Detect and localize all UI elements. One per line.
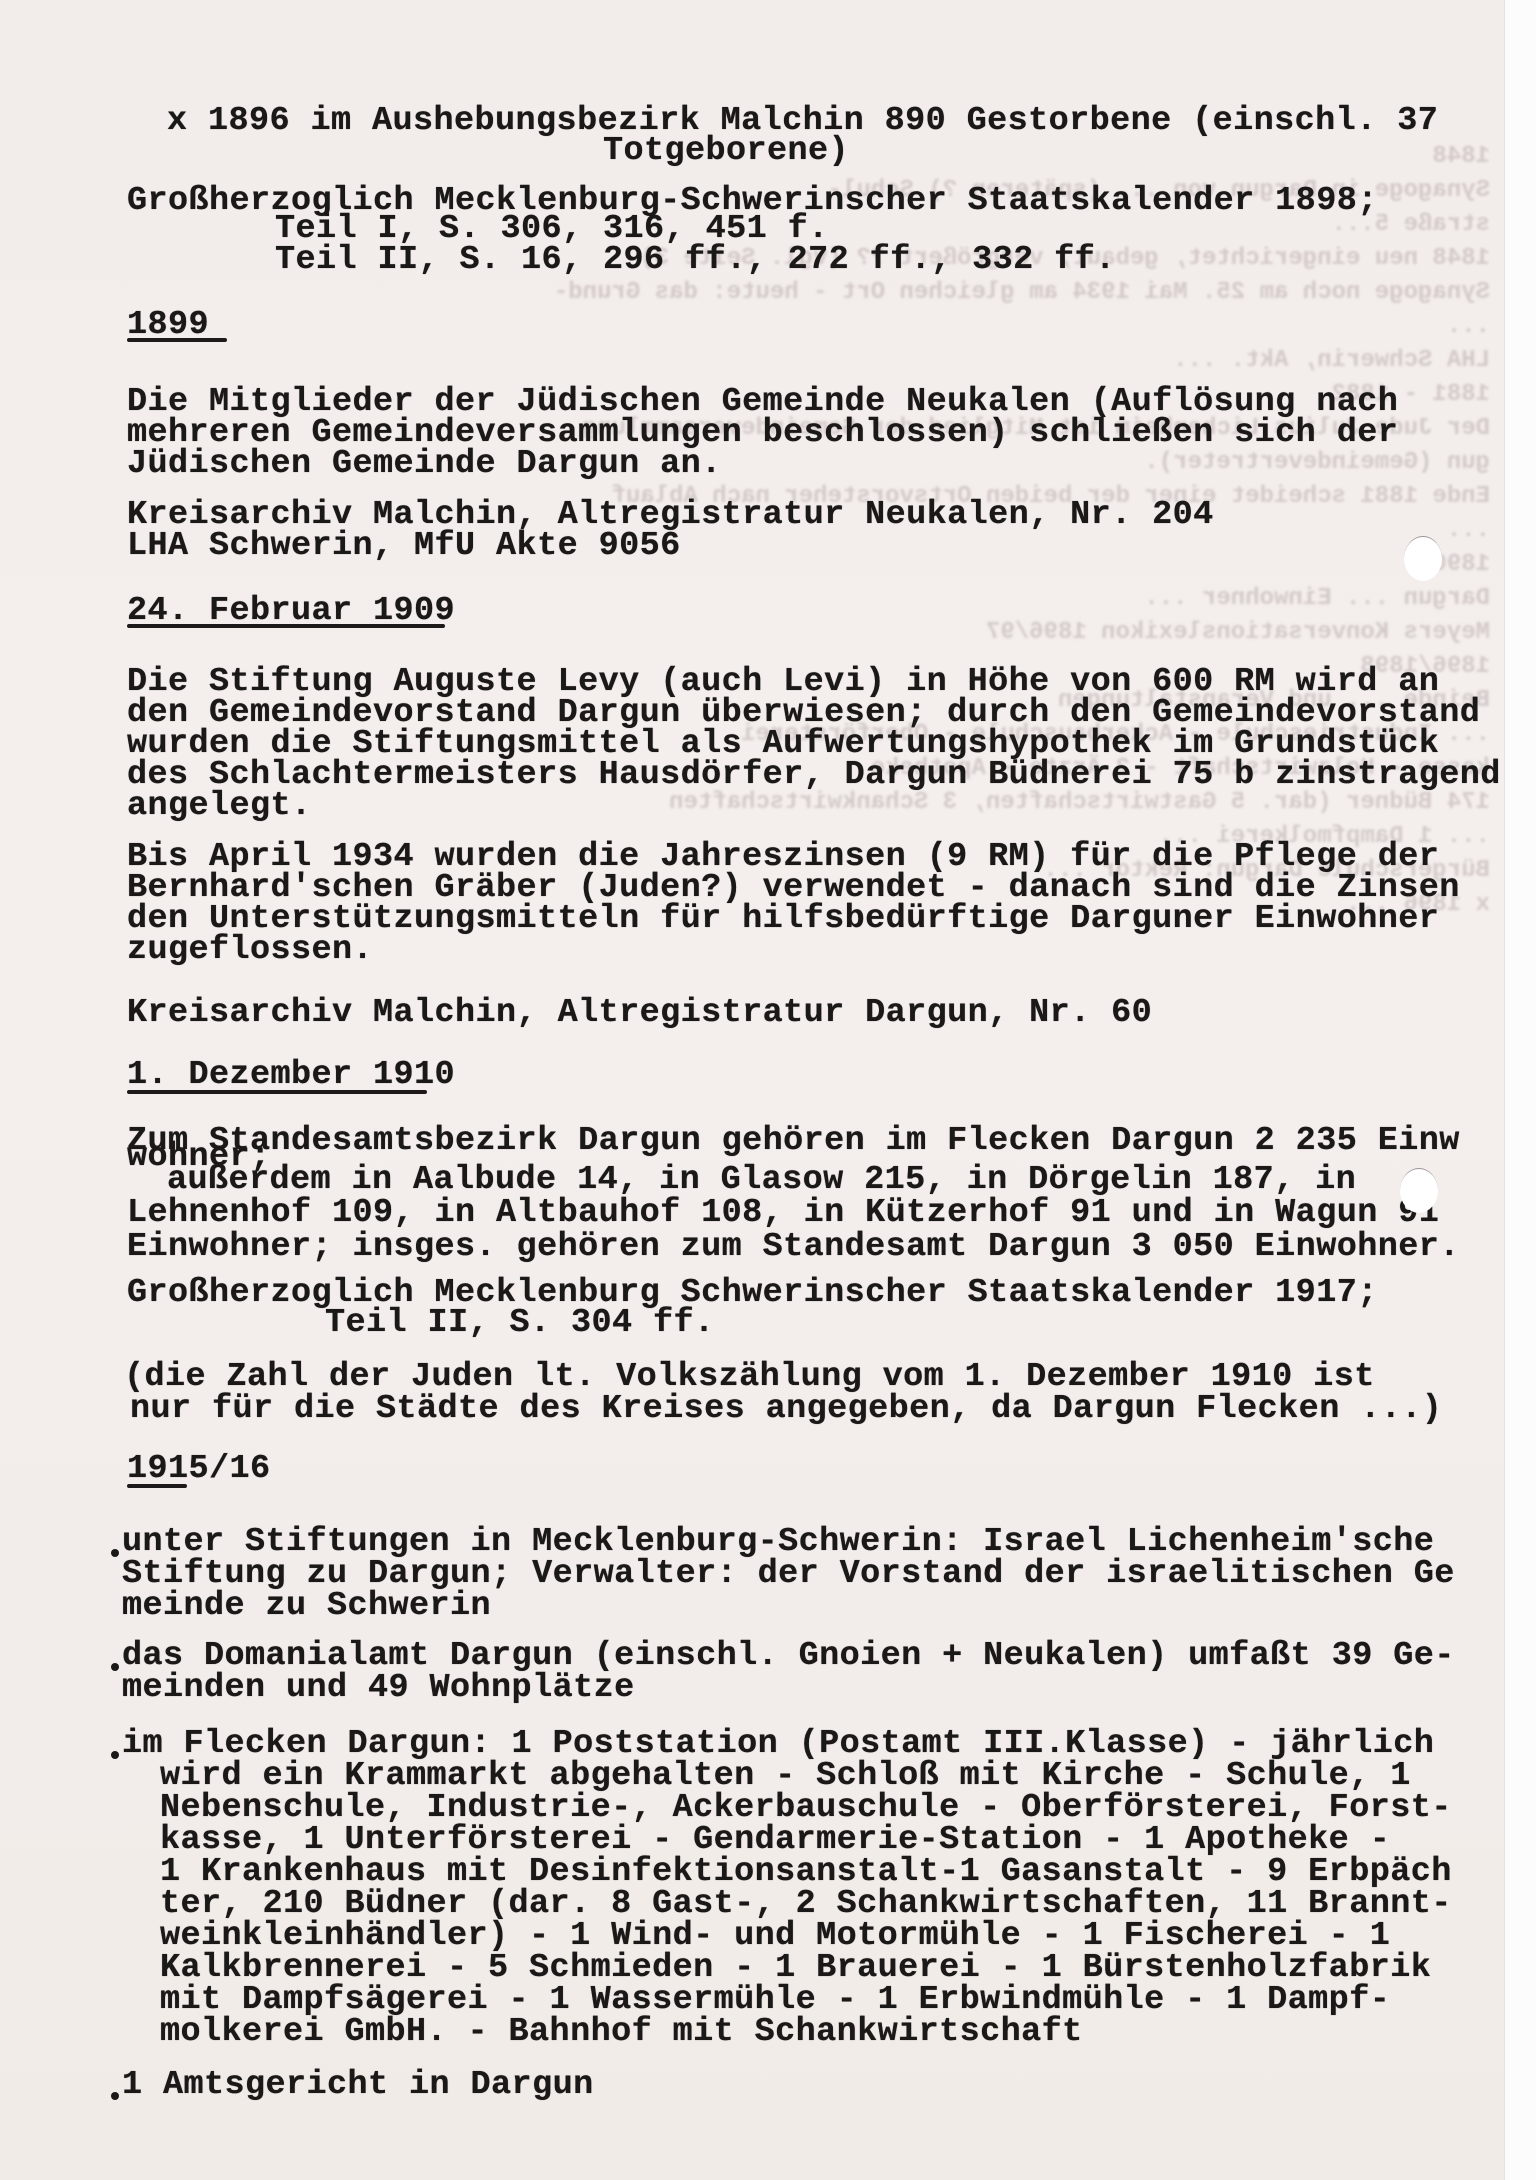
paragraph-line: Zum Standesamtsbezirk Dargun gehören im … <box>127 1124 1460 1159</box>
heading-underline <box>127 1484 187 1488</box>
paragraph-line: Lehnenhof 109, in Altbauhof 108, in Kütz… <box>127 1196 1439 1231</box>
bullet-line: meinden und 49 Wohnplätze <box>122 1671 635 1706</box>
bullet-dot <box>111 2092 119 2100</box>
paragraph-line: Großherzoglich Mecklenburg Schwerinscher… <box>127 1276 1378 1311</box>
bullet-line: 1 Amtsgericht in Dargun <box>122 2068 594 2103</box>
heading-underline <box>127 624 445 628</box>
bullet-dot <box>111 1751 119 1759</box>
paragraph-line: zugeflossen. <box>127 933 373 968</box>
punch-hole-bottom <box>1400 1168 1438 1213</box>
section-heading: 1915/16 <box>127 1452 271 1487</box>
source-line: Teil II, S. 16, 296 ff., 272 ff., 332 ff… <box>275 243 1116 278</box>
intro-line: Totgeborene) <box>603 134 849 169</box>
paragraph-line: Kreisarchiv Malchin, Altregistratur Darg… <box>127 996 1152 1031</box>
paragraph-line: LHA Schwerin, MfU Akte 9056 <box>127 529 681 564</box>
bullet-line: molkerei GmbH. - Bahnhof mit Schankwirts… <box>160 2015 1083 2050</box>
paragraph-line: Jüdischen Gemeinde Dargun an. <box>127 447 722 482</box>
bullet-line: meinde zu Schwerin <box>122 1589 491 1624</box>
heading-underline <box>127 1090 427 1094</box>
section-heading: 1. Dezember 1910 <box>127 1058 455 1093</box>
paragraph-line: angelegt. <box>127 789 312 824</box>
scan-margin <box>1504 0 1536 2180</box>
paragraph-line: des Schlachtermeisters Hausdörfer, Dargu… <box>127 758 1501 793</box>
paragraph-line: nur für die Städte des Kreises angegeben… <box>130 1392 1442 1427</box>
paragraph-line: Teil II, S. 304 ff. <box>325 1306 715 1341</box>
paragraph-line: Einwohner; insges. gehören zum Standesam… <box>127 1230 1460 1265</box>
bullet-dot <box>111 1549 119 1557</box>
bullet-dot <box>111 1663 119 1671</box>
punch-hole-top <box>1404 536 1442 581</box>
paragraph-line: außerdem in Aalbude 14, in Glasow 215, i… <box>167 1163 1356 1198</box>
heading-underline <box>127 338 227 342</box>
